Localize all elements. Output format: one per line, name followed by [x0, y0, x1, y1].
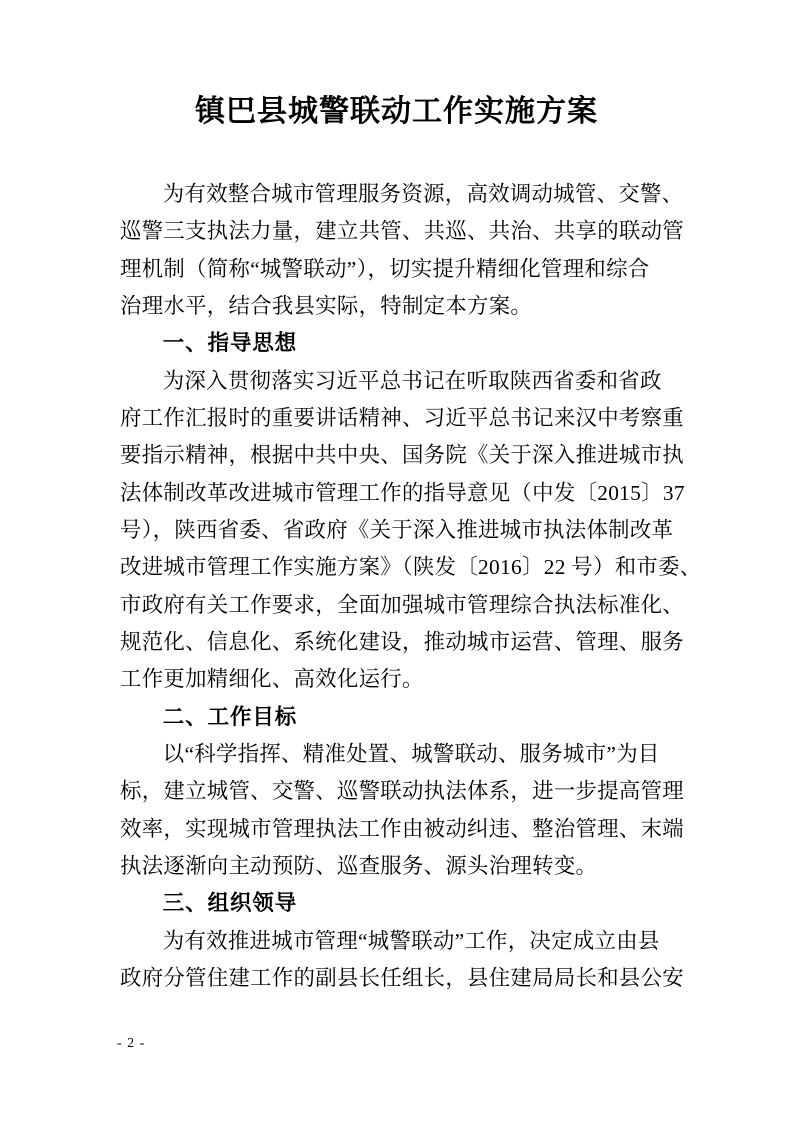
paragraph-line: 效率，实现城市管理执法工作由被动纠违、整治管理、末端 [120, 811, 683, 848]
paragraph-line: 为有效整合城市管理服务资源，高效调动城管、交警、 [120, 176, 683, 213]
document-body: 为有效整合城市管理服务资源，高效调动城管、交警、 巡警三支执法力量，建立共管、共… [120, 176, 683, 997]
paragraph-line: 以“科学指挥、精准处置、城警联动、服务城市”为目 [120, 736, 683, 773]
paragraph-line: 工作更加精细化、高效化运行。 [120, 661, 683, 698]
document-page: 镇巴县城警联动工作实施方案 为有效整合城市管理服务资源，高效调动城管、交警、 巡… [0, 0, 793, 1122]
section-heading-work-goals: 二、工作目标 [120, 699, 683, 736]
section-heading-guiding-ideology: 一、指导思想 [120, 325, 683, 362]
paragraph-line: 治理水平，结合我县实际，特制定本方案。 [120, 288, 683, 325]
page-number: - 2 - [117, 1036, 145, 1052]
document-title: 镇巴县城警联动工作实施方案 [0, 90, 793, 134]
paragraph-line: 为有效推进城市管理“城警联动”工作，决定成立由县 [120, 923, 683, 960]
paragraph-line: 规范化、信息化、系统化建设，推动城市运营、管理、服务 [120, 624, 683, 661]
paragraph-line: 理机制（简称“城警联动”），切实提升精细化管理和综合 [120, 251, 683, 288]
paragraph-line: 府工作汇报时的重要讲话精神、习近平总书记来汉中考察重 [120, 400, 683, 437]
paragraph-line: 改进城市管理工作实施方案》（陕发〔2016〕22 号）和市委、 [120, 549, 683, 586]
paragraph-line: 标，建立城管、交警、巡警联动执法体系，进一步提高管理 [120, 773, 683, 810]
paragraph-line: 巡警三支执法力量，建立共管、共巡、共治、共享的联动管 [120, 213, 683, 250]
paragraph-line: 要指示精神，根据中共中央、国务院《关于深入推进城市执 [120, 437, 683, 474]
paragraph-line: 号），陕西省委、省政府《关于深入推进城市执法体制改革 [120, 512, 683, 549]
paragraph-line: 执法逐渐向主动预防、巡查服务、源头治理转变。 [120, 848, 683, 885]
paragraph-line: 法体制改革改进城市管理工作的指导意见（中发〔2015〕37 [120, 475, 683, 512]
paragraph-line: 市政府有关工作要求，全面加强城市管理综合执法标准化、 [120, 587, 683, 624]
section-heading-organizational-leadership: 三、组织领导 [120, 885, 683, 922]
paragraph-line: 为深入贯彻落实习近平总书记在听取陕西省委和省政 [120, 363, 683, 400]
paragraph-line: 政府分管住建工作的副县长任组长，县住建局局长和县公安 [120, 960, 683, 997]
